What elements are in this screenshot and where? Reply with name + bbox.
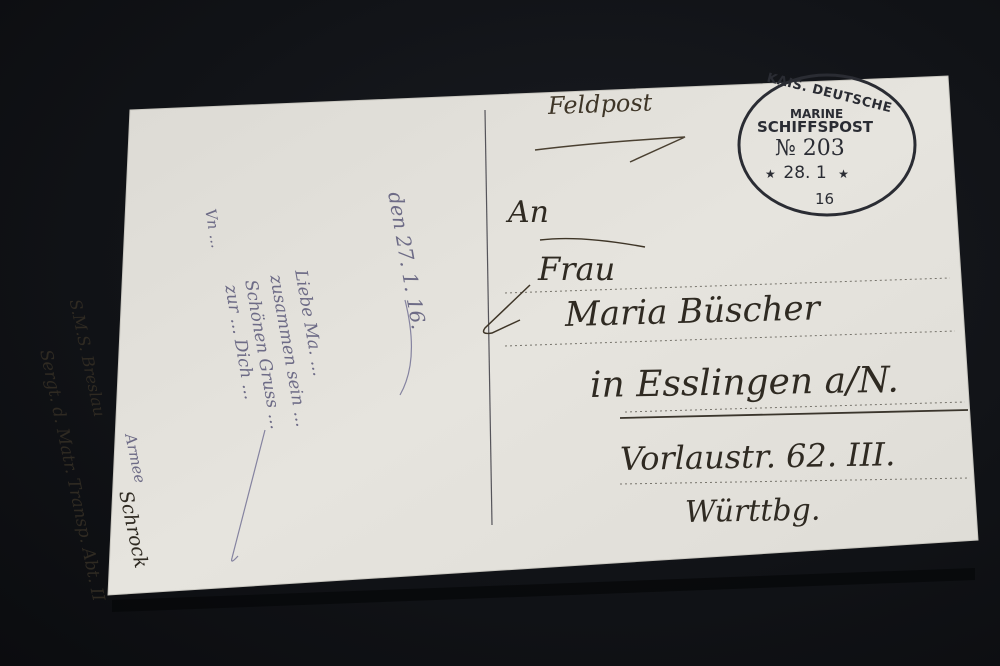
feldpost-label: Feldpost	[548, 88, 653, 120]
address-street: Vorlaustr. 62. III.	[620, 435, 896, 478]
address-region: Württbg.	[685, 493, 821, 530]
address-city: in Esslingen a/N.	[590, 360, 899, 406]
address-name: Maria Büscher	[564, 288, 820, 335]
postmark-date-text: 28. 1	[783, 163, 826, 183]
postmark-line3: SCHIFFSPOST	[757, 118, 873, 136]
postmark-number: № 203	[775, 136, 845, 161]
address-frau: Frau	[538, 250, 615, 288]
postmark-year: 16	[815, 190, 834, 208]
address-an: An	[508, 195, 549, 230]
postmark-date: ★ 28. 1 ★	[765, 163, 849, 183]
photo-scene: KAIS. DEUTSCHE MARINE SCHIFFSPOST № 203 …	[0, 0, 1000, 666]
